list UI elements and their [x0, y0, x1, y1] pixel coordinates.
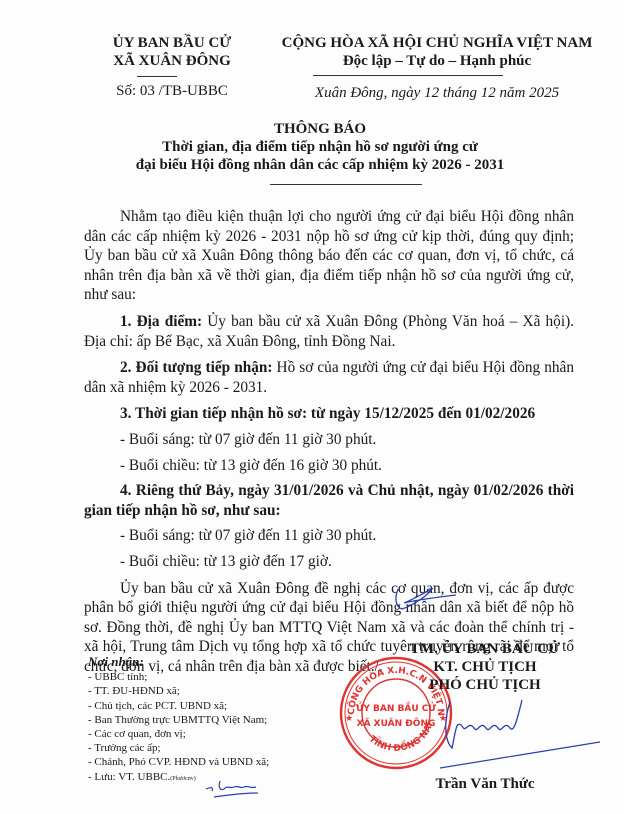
national-heading: CỘNG HÒA XÃ HỘI CHỦ NGHĨA VIỆT NAM Độc l…	[250, 34, 624, 70]
title-underline	[270, 184, 422, 185]
item-weekend-morning: - Buổi sáng: từ 07 giờ đến 11 giờ 30 phú…	[84, 526, 574, 546]
sign-line2: KT. CHỦ TỊCH	[380, 658, 590, 676]
place-date: Xuân Đông, ngày 12 tháng 12 năm 2025	[250, 85, 624, 102]
item-subject-label: 2. Đối tượng tiếp nhận:	[120, 359, 272, 376]
sign-line1: TM. ỦY BAN BẦU CỬ	[380, 640, 590, 658]
item-location: 1. Địa điểm: Ủy ban bầu cử xã Xuân Đông …	[84, 312, 574, 351]
item-subject: 2. Đối tượng tiếp nhận: Hồ sơ của người …	[84, 358, 574, 397]
intro-paragraph: Nhằm tạo điều kiện thuận lợi cho người ứ…	[84, 207, 574, 305]
country-name: CỘNG HÒA XÃ HỘI CHỦ NGHĨA VIỆT NAM	[250, 34, 624, 52]
org-underline	[137, 76, 177, 77]
item-location-label: 1. Địa điểm:	[120, 313, 202, 330]
item-schedule-heading: 3. Thời gian tiếp nhận hồ sơ: từ ngày 15…	[84, 404, 574, 424]
signer-name: Trần Văn Thức	[380, 776, 590, 793]
recipient-archive: - Lưu: VT. UBBC.	[88, 771, 170, 783]
motto: Độc lập – Tự do – Hạnh phúc	[250, 52, 624, 70]
issuing-org: ỦY BAN BẦU CỬ XÃ XUÂN ĐÔNG	[92, 34, 252, 70]
item-schedule-morning: - Buổi sáng: từ 07 giờ đến 11 giờ 30 phú…	[84, 430, 574, 450]
recipient-item: - Trưởng các ấp;	[88, 741, 269, 755]
recipients-list: Nơi nhận: - UBBC tỉnh; - TT. ĐU-HĐND xã;…	[88, 655, 269, 786]
item-weekend-heading: 4. Riêng thứ Bảy, ngày 31/01/2026 và Chủ…	[84, 481, 574, 520]
title-heading: THÔNG BÁO	[60, 120, 580, 138]
org-line2: XÃ XUÂN ĐÔNG	[92, 52, 252, 70]
item-weekend-afternoon: - Buổi chiều: từ 13 giờ đến 17 giờ.	[84, 552, 574, 572]
handwritten-signature-icon	[440, 690, 600, 770]
recipient-item: - Các cơ quan, đơn vị;	[88, 727, 269, 741]
org-line1: ỦY BAN BẦU CỬ	[92, 34, 252, 52]
svg-text:★: ★	[345, 713, 353, 723]
title-line1: Thời gian, địa điểm tiếp nhận hồ sơ ngườ…	[60, 138, 580, 156]
drafter-note: (Phươcnv)	[170, 776, 195, 782]
recipient-item: - TT. ĐU-HĐND xã;	[88, 684, 269, 698]
motto-underline	[313, 75, 503, 76]
initial-mark-icon	[390, 585, 460, 615]
item-schedule-afternoon: - Buổi chiều: từ 13 giờ đến 16 giờ 30 ph…	[84, 456, 574, 476]
recipient-item: - Chủ tịch, các PCT. UBND xã;	[88, 699, 269, 713]
notice-title: THÔNG BÁO Thời gian, địa điểm tiếp nhận …	[60, 120, 580, 174]
signature-block: TM. ỦY BAN BẦU CỬ KT. CHỦ TỊCH PHÓ CHỦ T…	[380, 640, 590, 694]
recipient-item: - UBBC tỉnh;	[88, 670, 269, 684]
document-number: Số: 03 /TB-UBBC	[92, 83, 252, 100]
svg-text:XÃ XUÂN ĐÔNG: XÃ XUÂN ĐÔNG	[357, 717, 436, 729]
notice-body: Nhằm tạo điều kiện thuận lợi cho người ứ…	[84, 207, 574, 676]
recipient-item: - Chánh, Phó CVP. HĐND và UBND xã;	[88, 755, 269, 769]
title-line2: đại biểu Hội đồng nhân dân các cấp nhiệm…	[60, 156, 580, 174]
svg-text:ỦY BAN BẦU CỬ: ỦY BAN BẦU CỬ	[356, 701, 436, 714]
drafter-initial-icon	[200, 775, 270, 805]
recipients-heading: Nơi nhận:	[88, 655, 269, 669]
recipient-item: - Ban Thường trực UBMTTQ Việt Nam;	[88, 713, 269, 727]
